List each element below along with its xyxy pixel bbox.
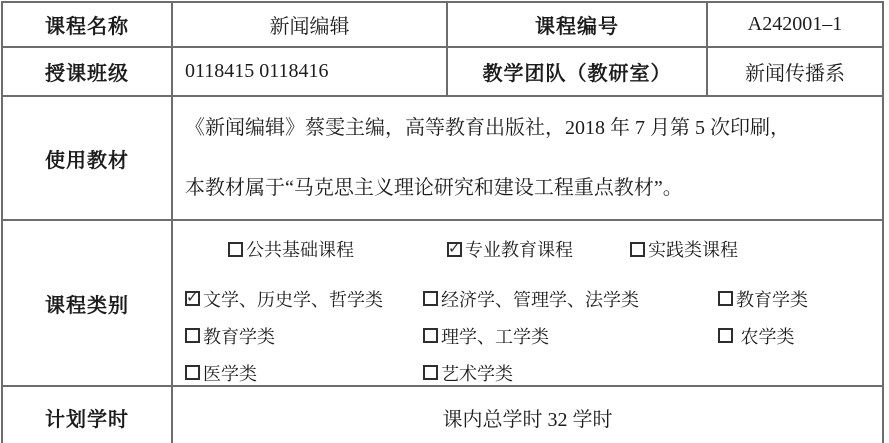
checkbox-label: 农学类 [736, 323, 795, 349]
checkbox-label: 实践类课程 [648, 236, 738, 262]
checkbox-label: 经济学、管理学、法学类 [441, 286, 639, 312]
checkbox-icon [228, 242, 243, 257]
textbook-line-2: 本教材属于“马克思主义理论研究和建设工程重点教材”。 [185, 158, 683, 218]
checkbox-item: 专业教育课程 [447, 236, 573, 262]
checkbox-label: 艺术学类 [441, 360, 513, 386]
checkbox-item: 实践类课程 [630, 236, 738, 262]
checkbox-item: 公共基础课程 [228, 236, 354, 262]
category-line-1: 公共基础课程 专业教育课程 实践类课程 [185, 236, 882, 262]
checkbox-icon [718, 291, 733, 306]
textbook-line-1: 《新闻编辑》蔡雯主编，高等教育出版社，2018 年 7 月第 5 次印刷， [185, 98, 790, 158]
teaching-team-value: 新闻传播系 [706, 48, 882, 95]
checkbox-item: 理学、工学类 [423, 323, 718, 349]
checkbox-label: 教育学类 [203, 323, 275, 349]
table-row: 计划学时 课内总学时 32 学时 [3, 385, 882, 443]
checkbox-icon [185, 365, 200, 380]
course-name-value: 新闻编辑 [171, 3, 446, 46]
checkbox-label: 专业教育课程 [465, 236, 573, 262]
checkbox-item: 文学、历史学、哲学类 [185, 286, 423, 312]
category-label: 课程类别 [3, 221, 171, 385]
table-row: 授课班级 0118415 0118416 教学团队（教研室） 新闻传播系 [3, 46, 882, 95]
course-info-table: 课程名称 新闻编辑 课程编号 A242001–1 授课班级 0118415 01… [1, 1, 884, 443]
checkbox-label: 公共基础课程 [246, 236, 354, 262]
planned-hours-label: 计划学时 [3, 387, 171, 443]
checkbox-label: 理学、工学类 [441, 323, 549, 349]
checkbox-item: 教育学类 [718, 286, 882, 312]
course-name-label: 课程名称 [3, 3, 171, 46]
checkbox-item: 经济学、管理学、法学类 [423, 286, 718, 312]
course-code-value: A242001–1 [706, 3, 882, 46]
checkbox-label: 教育学类 [736, 286, 808, 312]
checkbox-item: 医学类 [185, 360, 423, 386]
checkbox-label: 医学类 [203, 360, 257, 386]
table-row: 使用教材 《新闻编辑》蔡雯主编，高等教育出版社，2018 年 7 月第 5 次印… [3, 95, 882, 219]
table-row: 课程类别 公共基础课程 专业教育课程 实践类课程 [3, 219, 882, 385]
teaching-class-value: 0118415 0118416 [171, 48, 446, 95]
document-page: 课程名称 新闻编辑 课程编号 A242001–1 授课班级 0118415 01… [0, 0, 889, 443]
planned-hours-value: 课内总学时 32 学时 [171, 387, 882, 443]
checkbox-item: 艺术学类 [423, 360, 718, 386]
teaching-team-label: 教学团队（教研室） [446, 48, 706, 95]
textbook-label: 使用教材 [3, 97, 171, 219]
checkbox-item: 教育学类 [185, 323, 423, 349]
checkbox-icon [447, 242, 462, 257]
checkbox-icon [423, 365, 438, 380]
checkbox-icon [423, 328, 438, 343]
teaching-class-label: 授课班级 [3, 48, 171, 95]
category-grid: 文学、历史学、哲学类 经济学、管理学、法学类 教育学类 教育学类 [185, 280, 882, 391]
checkbox-item: 农学类 [718, 323, 882, 349]
category-cell: 公共基础课程 专业教育课程 实践类课程 文学、历史学、哲学类 [171, 221, 882, 385]
checkbox-icon [630, 242, 645, 257]
checkbox-icon [185, 291, 200, 306]
checkbox-icon [185, 328, 200, 343]
checkbox-icon [423, 291, 438, 306]
course-code-label: 课程编号 [446, 3, 706, 46]
table-row: 课程名称 新闻编辑 课程编号 A242001–1 [3, 3, 882, 46]
checkbox-icon [718, 328, 733, 343]
textbook-cell: 《新闻编辑》蔡雯主编，高等教育出版社，2018 年 7 月第 5 次印刷， 本教… [171, 97, 882, 219]
checkbox-label: 文学、历史学、哲学类 [203, 286, 383, 312]
